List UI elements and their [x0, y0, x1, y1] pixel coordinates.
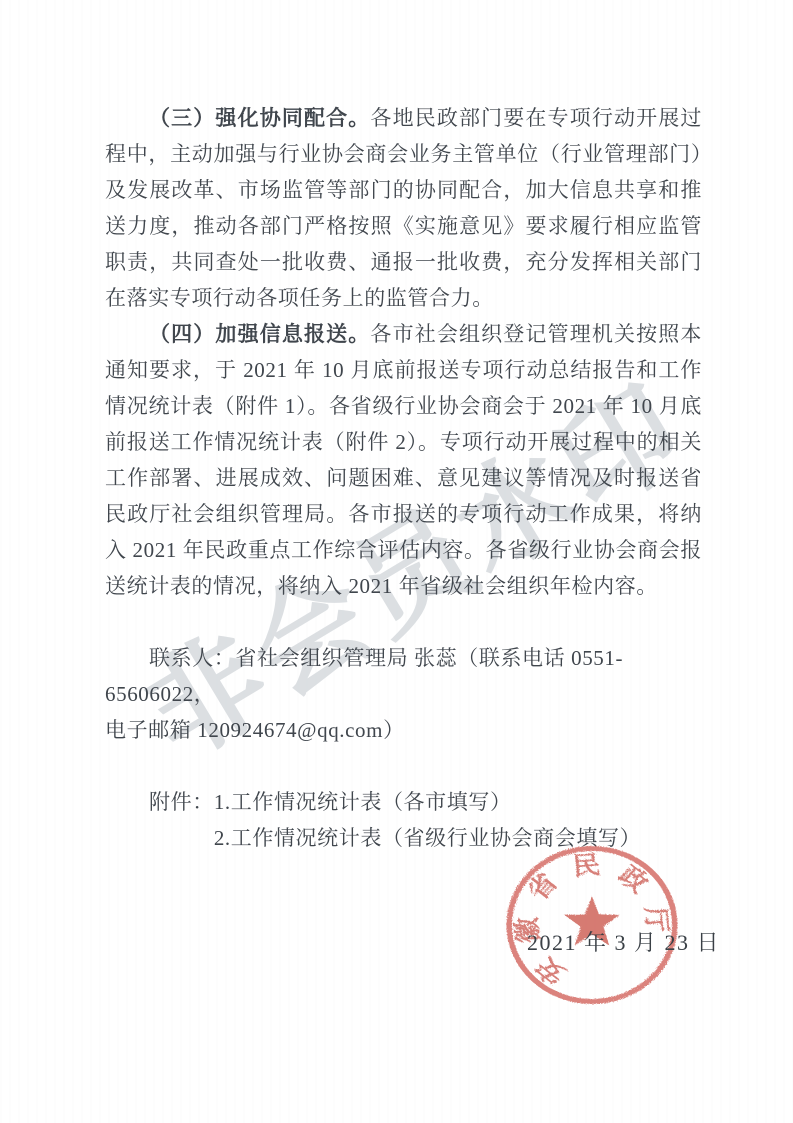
document-page: 非会员水印 （三）强化协同配合。各地民政部门要在专项行动开展过程中，主动加强与行… [0, 0, 793, 1123]
paragraph-4-heading: （四）加强信息报送。 [149, 322, 370, 346]
contact-line-1: 联系人：省社会组织管理局 张蕊（联系电话 0551-65606022， [105, 640, 702, 712]
official-seal: 安 徽 省 民 政 厅 [500, 840, 684, 1010]
paragraph-4: （四）加强信息报送。各市社会组织登记管理机关按照本通知要求，于 2021 年 1… [105, 316, 702, 604]
contact-line-2: 电子邮箱 120924674@qq.com） [105, 712, 702, 748]
paragraph-3: （三）强化协同配合。各地民政部门要在专项行动开展过程中，主动加强与行业协会商会业… [105, 100, 702, 316]
paragraph-3-heading: （三）强化协同配合。 [149, 106, 370, 130]
document-body: （三）强化协同配合。各地民政部门要在专项行动开展过程中，主动加强与行业协会商会业… [105, 100, 702, 856]
contact-block: 联系人：省社会组织管理局 张蕊（联系电话 0551-65606022， 电子邮箱… [105, 640, 702, 748]
svg-text:民: 民 [571, 850, 601, 881]
attachments-label: 附件： [149, 784, 214, 856]
document-date: 2021 年 3 月 23 日 [527, 926, 720, 957]
paragraph-3-text: 各地民政部门要在专项行动开展过程中，主动加强与行业协会商会业务主管单位（行业管理… [105, 106, 702, 310]
paragraph-4-text: 各市社会组织登记管理机关按照本通知要求，于 2021 年 10 月底前报送专项行… [105, 322, 702, 598]
attachment-item-1: 1.工作情况统计表（各市填写） [214, 784, 702, 820]
